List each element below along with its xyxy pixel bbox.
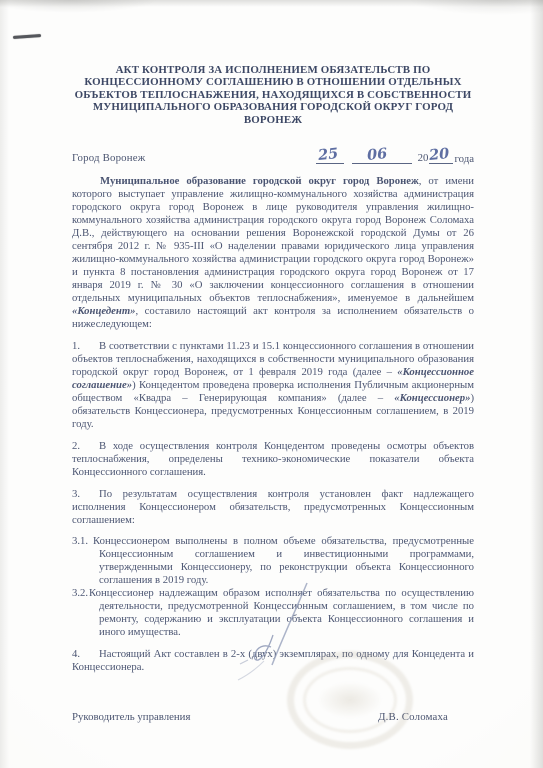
- subitem-3-1-text: Концессионером выполнены в полном объеме…: [93, 535, 474, 586]
- scanned-document-page: АКТ КОНТРОЛЯ ЗА ИСПОЛНЕНИЕМ ОБЯЗАТЕЛЬСТВ…: [0, 0, 543, 768]
- title-line-2: КОНЦЕССИОННОМУ СОГЛАШЕНИЮ В ОТНОШЕНИИ ОТ…: [72, 76, 474, 88]
- item-4-number: 4.: [72, 648, 99, 661]
- date-century-printed: 20: [418, 152, 429, 164]
- document-content: АКТ КОНТРОЛЯ ЗА ИСПОЛНЕНИЕМ ОБЯЗАТЕЛЬСТВ…: [72, 0, 474, 723]
- signatory-name: Д.В. Соломаха: [378, 711, 448, 723]
- date-month-blank: 06: [352, 150, 412, 164]
- title-line-4: МУНИЦИПАЛЬНОГО ОБРАЗОВАНИЯ ГОРОДСКОЙ ОКР…: [72, 101, 474, 126]
- signature-row: Руководитель управления Д.В. Соломаха: [72, 711, 474, 723]
- item-3-text: По результатам осуществления контроля ус…: [72, 488, 474, 526]
- item-1-number: 1.: [72, 340, 99, 353]
- pen-dash-mark-icon: [13, 34, 41, 39]
- subitem-3-2: 3.2.Концессионер надлежащим образом испо…: [72, 587, 474, 639]
- handwritten-month: 06: [366, 145, 388, 164]
- subitem-3-1: 3.1.Концессионером выполнены в полном об…: [72, 535, 474, 587]
- date-line: 25 06 2020 года: [316, 150, 474, 164]
- item-4: 4.Настоящий Акт составлен в 2-х (двух) э…: [72, 648, 474, 674]
- title-line-3: ОБЪЕКТОВ ТЕПЛОСНАБЖЕНИЯ, НАХОДЯЩИХСЯ В С…: [72, 89, 474, 101]
- meta-row: Город Воронеж 25 06 2020 года: [72, 150, 474, 164]
- date-day-blank: 25: [316, 150, 344, 164]
- item-3: 3.По результатам осуществления контроля …: [72, 488, 474, 527]
- scan-smudge-left-edge: [0, 0, 9, 768]
- subitem-3-2-text: Концессионер надлежащим образом исполняе…: [89, 587, 474, 638]
- item-2-number: 2.: [72, 440, 99, 453]
- place-label: Город Воронеж: [72, 152, 145, 164]
- scan-smudge-right-edge: [530, 0, 543, 768]
- handwritten-year: 20: [429, 145, 451, 164]
- title-line-1: АКТ КОНТРОЛЯ ЗА ИСПОЛНЕНИЕМ ОБЯЗАТЕЛЬСТВ…: [72, 64, 474, 76]
- item-1-text: В соответствии с пунктами 11.23 и 15.1 к…: [72, 340, 474, 430]
- date-suffix: года: [454, 153, 474, 165]
- subitem-3-1-number: 3.1.: [72, 535, 93, 547]
- item-1: 1.В соответствии с пунктами 11.23 и 15.1…: [72, 340, 474, 431]
- document-title: АКТ КОНТРОЛЯ ЗА ИСПОЛНЕНИЕМ ОБЯЗАТЕЛЬСТВ…: [72, 64, 474, 126]
- item-3-number: 3.: [72, 488, 99, 501]
- date-year-blank: 20: [429, 150, 453, 164]
- subitem-3-2-number: 3.2.: [72, 587, 89, 599]
- item-2: 2.В ходе осуществления контроля Концеден…: [72, 440, 474, 479]
- signatory-role: Руководитель управления: [72, 711, 190, 723]
- item-4-text: Настоящий Акт составлен в 2-х (двух) экз…: [72, 648, 474, 673]
- item-2-text: В ходе осуществления контроля Концеденто…: [72, 440, 474, 478]
- handwritten-day: 25: [317, 145, 339, 164]
- intro-paragraph: Муниципальное образование городской окру…: [72, 175, 474, 331]
